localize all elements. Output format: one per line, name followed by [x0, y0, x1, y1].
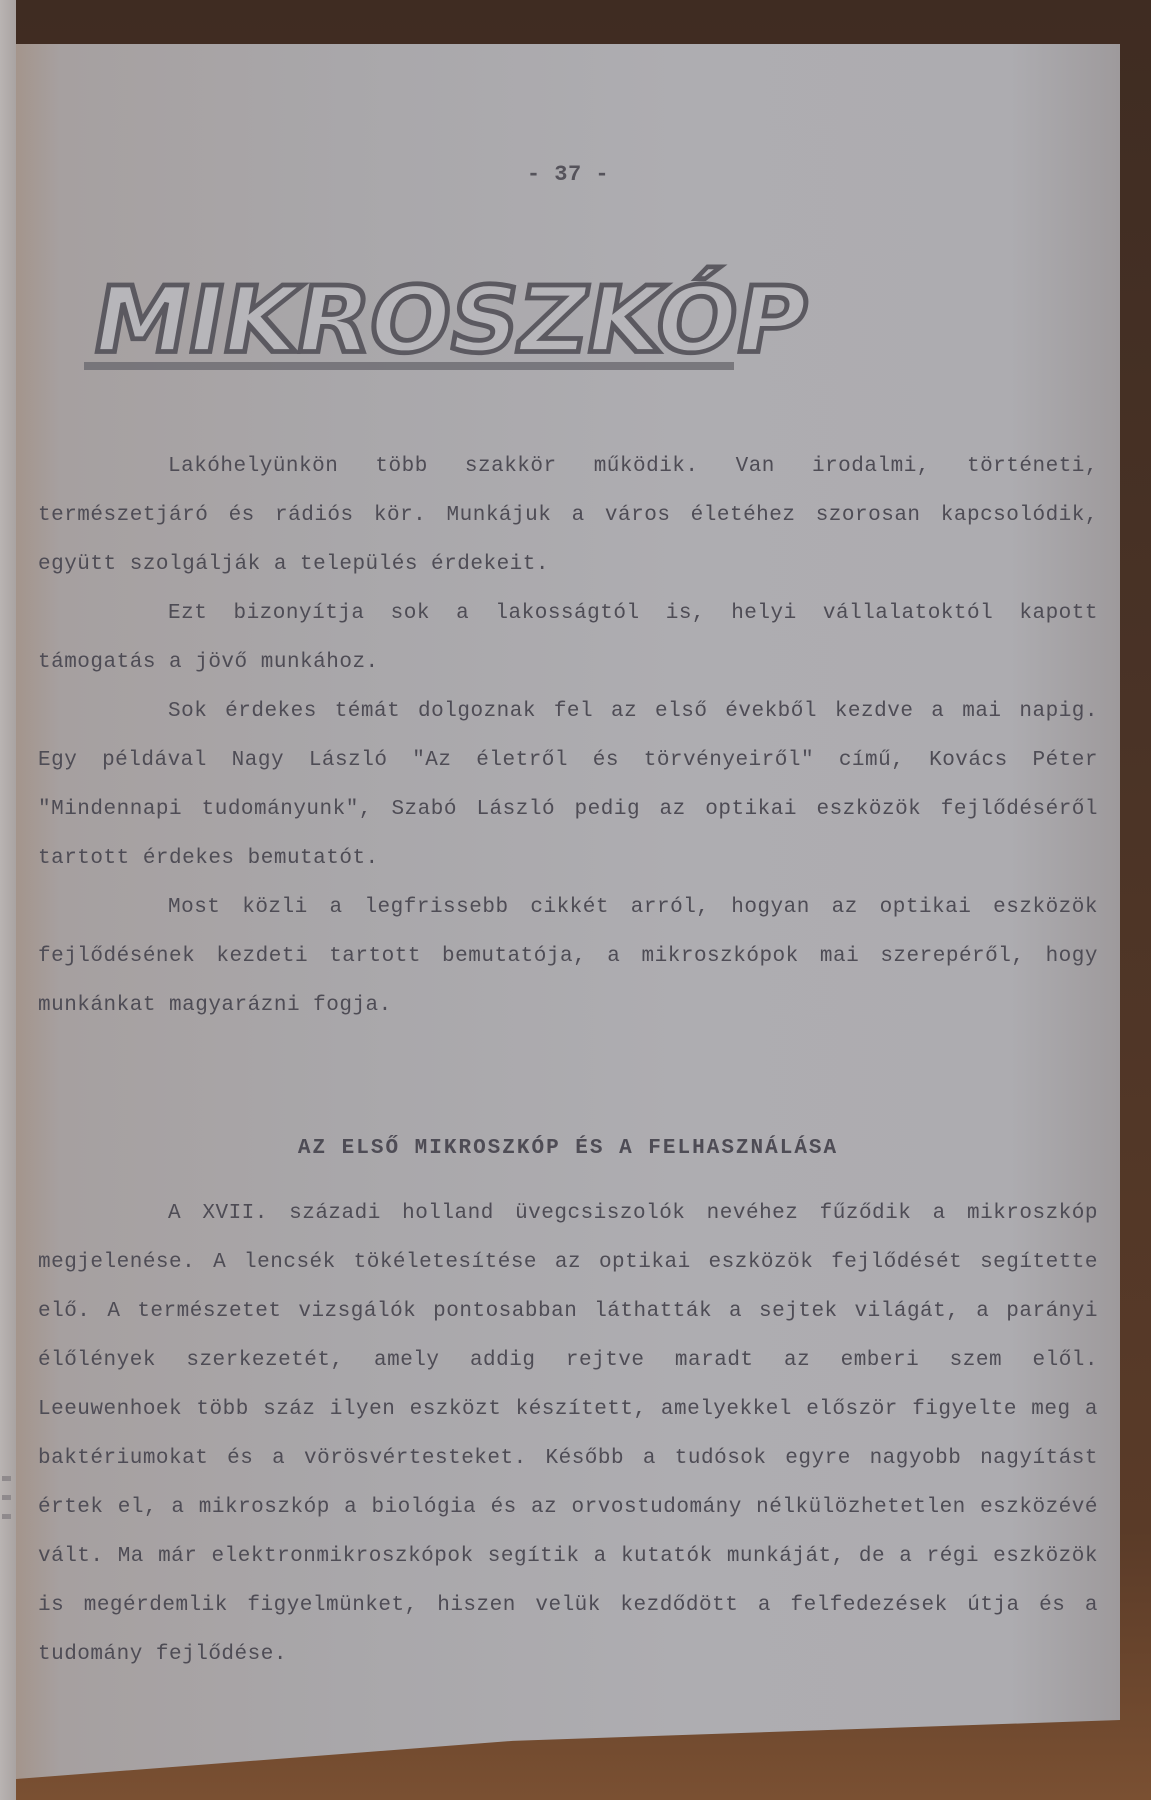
intro-paragraphs: Lakóhelyünkön több szakkör működik. Van … [38, 442, 1098, 1030]
title-underline [84, 362, 734, 370]
adjacent-page-marks [0, 1470, 14, 1533]
section-heading: AZ ELSŐ MIKROSZKÓP ÉS A FELHASZNÁLÁSA [16, 1137, 1120, 1160]
page-number: - 37 - [16, 162, 1120, 187]
paragraph-main: A XVII. századi holland üvegcsiszolók ne… [38, 1189, 1098, 1679]
paragraph-3: Sok érdekes témát dolgoznak fel az első … [38, 687, 1098, 883]
adjacent-page-edge [0, 0, 16, 1800]
typewritten-page: - 37 - MIKROSZKÓP Lakóhelyünkön több sza… [16, 44, 1120, 1779]
paragraph-2: Ezt bizonyítja sok a lakosságtól is, hel… [38, 589, 1098, 687]
main-paragraph-block: A XVII. századi holland üvegcsiszolók ne… [38, 1189, 1098, 1679]
paragraph-1: Lakóhelyünkön több szakkör működik. Van … [38, 442, 1098, 589]
page-title: MIKROSZKÓP [85, 267, 816, 373]
paragraph-4: Most közli a legfrissebb cikkét arról, h… [38, 883, 1098, 1030]
